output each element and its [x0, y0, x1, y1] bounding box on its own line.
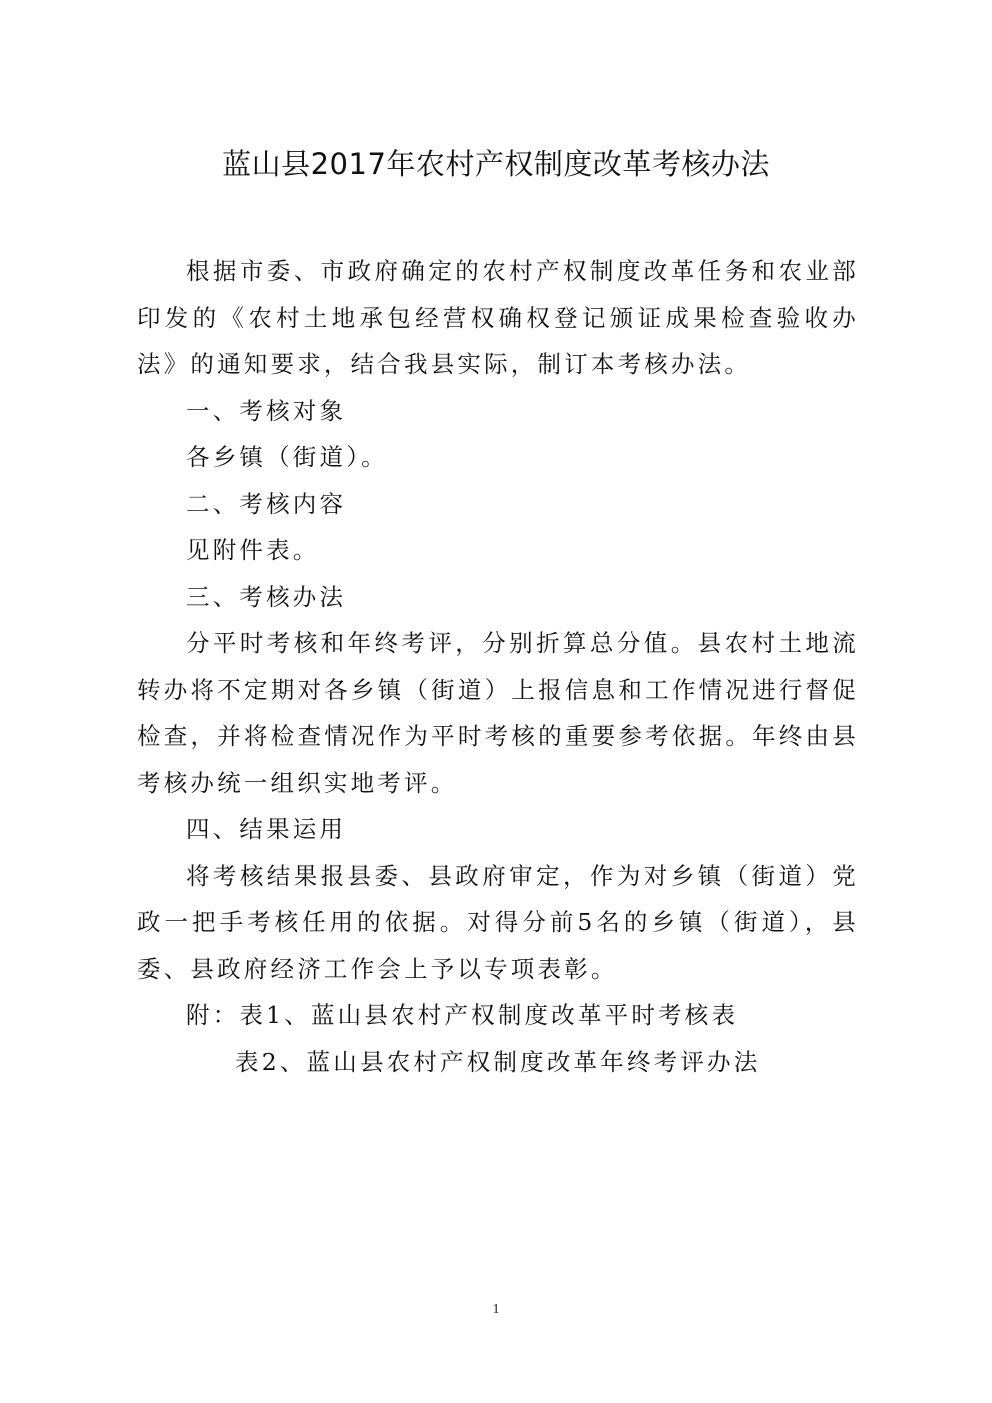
section-heading-method: 三、考核办法 — [137, 574, 859, 621]
section-heading-results: 四、结果运用 — [137, 806, 859, 853]
attachment-item-1: 表1、蓝山县农村产权制度改革平时考核表 — [239, 1001, 738, 1029]
content-paragraph: 见附件表。 — [137, 527, 859, 574]
intro-paragraph: 根据市委、市政府确定的农村产权制度改革任务和农业部印发的《农村土地承包经营权确权… — [137, 248, 859, 388]
targets-paragraph: 各乡镇（街道）。 — [137, 434, 859, 481]
attachment-label: 附： — [186, 1001, 239, 1029]
results-paragraph: 将考核结果报县委、县政府审定，作为对乡镇（街道）党政一把手考核任用的依据。对得分… — [137, 853, 859, 993]
attachment-line-2: 表2、蓝山县农村产权制度改革年终考评办法 — [137, 1039, 859, 1086]
attachment-item-2: 表2、蓝山县农村产权制度改革年终考评办法 — [235, 1048, 760, 1076]
method-paragraph: 分平时考核和年终考评，分别折算总分值。县农村土地流转办将不定期对各乡镇（街道）上… — [137, 620, 859, 806]
document-page: 蓝山县2017年农村产权制度改革考核办法 根据市委、市政府确定的农村产权制度改革… — [0, 0, 992, 1403]
attachment-line-1: 附：表1、蓝山县农村产权制度改革平时考核表 — [137, 992, 859, 1039]
page-number: 1 — [0, 1302, 992, 1318]
document-body: 根据市委、市政府确定的农村产权制度改革任务和农业部印发的《农村土地承包经营权确权… — [137, 248, 859, 1085]
section-heading-targets: 一、考核对象 — [137, 388, 859, 435]
document-title: 蓝山县2017年农村产权制度改革考核办法 — [0, 144, 992, 184]
section-heading-content: 二、考核内容 — [137, 481, 859, 528]
